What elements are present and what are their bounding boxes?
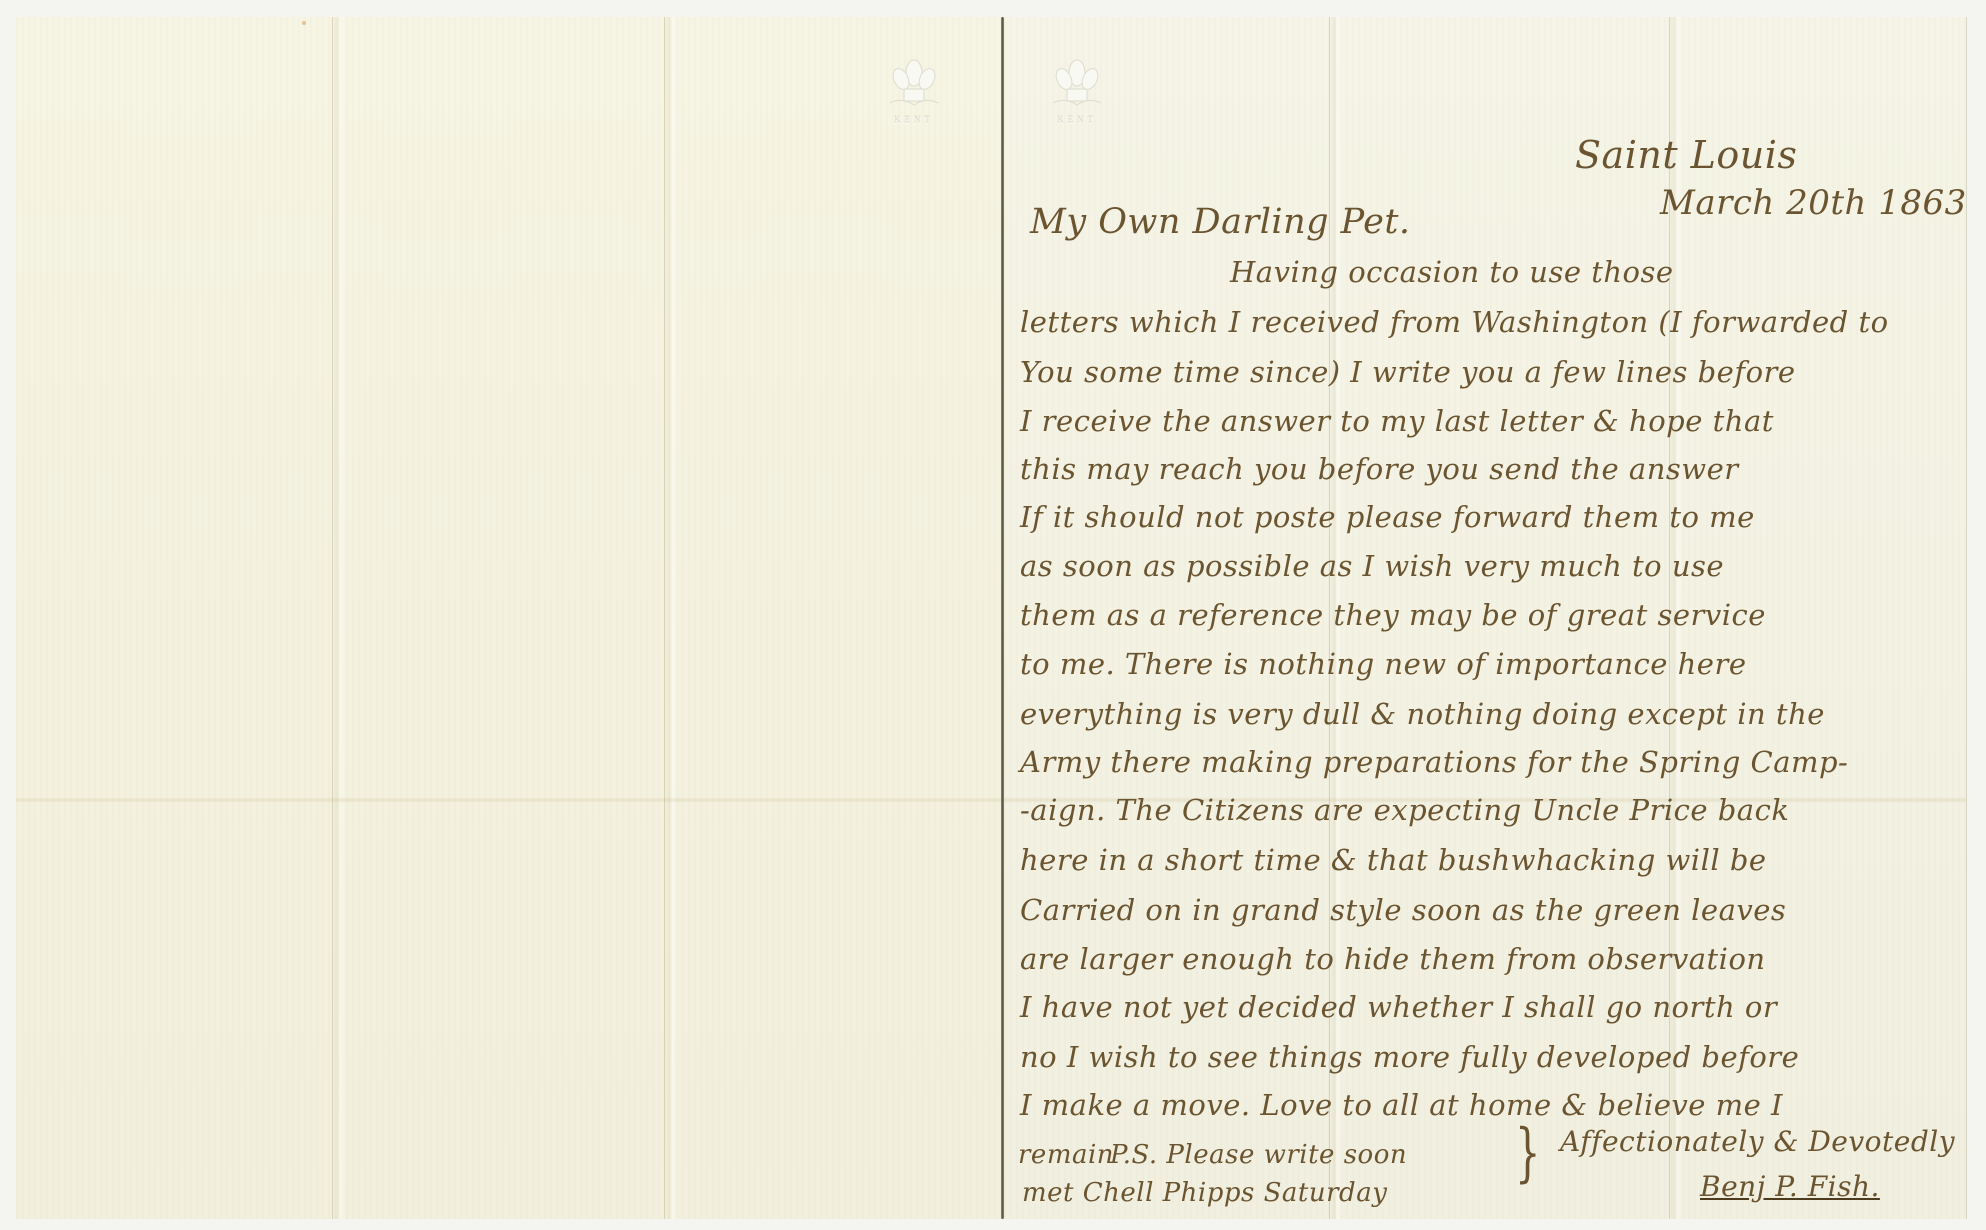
letter-body-line: If it should not poste please forward th… (1020, 500, 1755, 534)
letter-scan: KENT KENT Saint Louis March 20th 1863 My… (0, 0, 1986, 1230)
vertical-fold-crease (664, 17, 678, 1219)
embossed-crest-seal-left: KENT (879, 57, 949, 147)
seal-text: KENT (879, 115, 949, 125)
letter-body-line: as soon as possible as I wish very much … (1020, 549, 1724, 583)
letter-body-line: Carried on in grand style soon as the gr… (1020, 893, 1786, 927)
letter-body-line: letters which I received from Washington… (1020, 305, 1889, 339)
letter-date: March 20th 1863 (1660, 183, 1967, 223)
horizontal-fold-crease (16, 797, 1004, 803)
letter-body-line: here in a short time & that bushwhacking… (1020, 843, 1767, 877)
seal-text: KENT (1042, 115, 1112, 125)
left-page-blank: KENT (16, 17, 1004, 1219)
closing-remain: remain (1018, 1140, 1114, 1170)
postscript-line-1: P.S. Please write soon (1110, 1140, 1407, 1170)
letter-body-line: I make a move. Love to all at home & bel… (1020, 1088, 1783, 1122)
letter-signature: Benj P. Fish. (1700, 1170, 1880, 1203)
letter-salutation: My Own Darling Pet. (1030, 202, 1411, 242)
embossed-crest-seal-right: KENT (1042, 57, 1112, 147)
letter-body-line: You some time since) I write you a few l… (1020, 355, 1796, 389)
postscript-line-2: met Chell Phipps Saturday (1022, 1178, 1387, 1208)
letter-body-line: Having occasion to use those (1230, 255, 1674, 289)
vertical-fold-crease (332, 17, 346, 1219)
letter-body-line: them as a reference they may be of great… (1020, 598, 1766, 632)
letter-place: Saint Louis (1575, 133, 1797, 177)
prince-of-wales-feathers-icon (1047, 57, 1107, 113)
prince-of-wales-feathers-icon (884, 57, 944, 113)
letter-body-line: everything is very dull & nothing doing … (1020, 697, 1825, 731)
letter-body-line: are larger enough to hide them from obse… (1020, 942, 1766, 976)
letter-body-line: no I wish to see things more fully devel… (1020, 1040, 1799, 1074)
letter-body-line: to me. There is nothing new of importanc… (1020, 647, 1747, 681)
letter-body-line: I have not yet decided whether I shall g… (1020, 990, 1777, 1024)
brace-mark: } (1515, 1116, 1541, 1190)
foxing-spot (302, 21, 306, 25)
letter-body-line: this may reach you before you send the a… (1020, 452, 1739, 486)
letter-body-line: -aign. The Citizens are expecting Uncle … (1020, 793, 1789, 827)
letter-body-line: I receive the answer to my last letter &… (1020, 404, 1774, 438)
letter-body-line: Army there making preparations for the S… (1020, 745, 1848, 779)
letter-closing: Affectionately & Devotedly (1560, 1125, 1955, 1158)
